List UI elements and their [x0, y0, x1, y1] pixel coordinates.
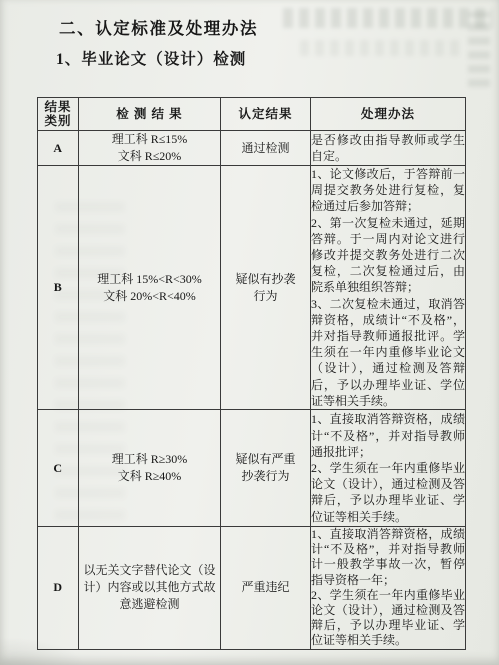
cell-determination-a: 通过检测 — [221, 131, 311, 166]
handling-paragraph: 1、论文修改后，于答辩前一周提交教务处进行复检，复检通过后参加答辩； — [311, 166, 465, 215]
scanned-document-page: 二、认定标准及处理办法 1、毕业论文（设计）检测 结果类别 检 测 结 果 认定… — [0, 0, 499, 665]
determination-line: 疑似有抄袭 — [221, 271, 310, 288]
scan-bleed-artifact — [468, 12, 490, 87]
handling-paragraph: 是否修改由指导教师或学生自定。 — [311, 132, 465, 164]
handling-paragraph: 1、直接取消答辩资格，成绩计“不及格”，并对指导教师计一般教学事故一次，暂停指导… — [311, 527, 465, 588]
detection-line: 文科 20%<R<40% — [79, 288, 220, 305]
determination-line: 行为 — [221, 288, 310, 305]
cell-handling-b: 1、论文修改后，于答辩前一周提交教务处进行复检，复检通过后参加答辩； 2、第一次… — [311, 166, 466, 410]
detection-line: 文科 R≤20% — [79, 148, 220, 165]
table-row-c: C 理工科 R≥30% 文科 R≥40% 疑似有严重 抄袭行为 1、直接取消答辩… — [38, 410, 466, 527]
cell-handling-d: 1、直接取消答辩资格，成绩计“不及格”，并对指导教师计一般教学事故一次，暂停指导… — [311, 527, 466, 650]
cell-handling-a: 是否修改由指导教师或学生自定。 — [311, 131, 466, 166]
table-row-b: B 理工科 15%<R<30% 文科 20%<R<40% 疑似有抄袭 行为 1、… — [38, 166, 466, 410]
detection-line: 以无关文字替代论文（设计）内容或以其他方式故意逃避检测 — [79, 562, 220, 613]
col-header-detection-result: 检 测 结 果 — [79, 98, 221, 131]
table-row-a: A 理工科 R≤15% 文科 R≤20% 通过检测 是否修改由指导教师或学生自定… — [38, 131, 466, 166]
table-header-row: 结果类别 检 测 结 果 认定结果 处理办法 — [38, 98, 466, 131]
scan-bleed-artifact — [283, 8, 493, 28]
cell-category-b: B — [38, 166, 79, 410]
determination-line: 抄袭行为 — [221, 468, 310, 485]
cell-detection-a: 理工科 R≤15% 文科 R≤20% — [79, 131, 221, 166]
handling-paragraph: 2、学生须在一年内重修毕业论文（设计），通过检测及答辩后，予以办理毕业证、学位证… — [311, 588, 465, 649]
determination-line: 疑似有严重 — [221, 451, 310, 468]
scan-bleed-artifact — [300, 40, 465, 56]
handling-paragraph: 2、学生须在一年内重修毕业论文（设计），通过检测及答辩后，予以办理毕业证、学位证… — [311, 460, 465, 525]
table-row-d: D 以无关文字替代论文（设计）内容或以其他方式故意逃避检测 严重违纪 1、直接取… — [38, 527, 466, 650]
section-heading: 二、认定标准及处理办法 — [59, 15, 258, 39]
cell-determination-c: 疑似有严重 抄袭行为 — [221, 410, 311, 527]
col-header-determination-result: 认定结果 — [221, 98, 311, 131]
detection-line: 理工科 R≥30% — [79, 451, 220, 468]
detection-line: 理工科 15%<R<30% — [79, 271, 220, 288]
cell-determination-d: 严重违纪 — [221, 527, 311, 650]
detection-line: 理工科 R≤15% — [79, 131, 220, 148]
determination-line: 严重违纪 — [221, 579, 310, 596]
col-header-result-category: 结果类别 — [38, 98, 79, 131]
cell-handling-c: 1、直接取消答辩资格，成绩计“不及格”，并对指导教师通报批评； 2、学生须在一年… — [311, 410, 466, 527]
cell-category-a: A — [38, 131, 79, 166]
col-header-handling-method: 处理办法 — [311, 98, 466, 131]
cell-detection-d: 以无关文字替代论文（设计）内容或以其他方式故意逃避检测 — [79, 527, 221, 650]
cell-category-c: C — [38, 410, 79, 527]
cell-determination-b: 疑似有抄袭 行为 — [221, 166, 311, 410]
handling-paragraph: 2、第一次复检未通过，延期答辩。于一周内对论文进行修改并提交教务处进行二次复检，… — [311, 215, 465, 296]
detection-line: 文科 R≥40% — [79, 468, 220, 485]
handling-paragraph: 3、二次复检未通过，取消答辩资格，成绩计“不及格”，并对指导教师通报批评。学生须… — [311, 296, 465, 409]
cell-detection-c: 理工科 R≥30% 文科 R≥40% — [79, 410, 221, 527]
cell-category-d: D — [38, 527, 79, 650]
detection-standards-table: 结果类别 检 测 结 果 认定结果 处理办法 A 理工科 R≤15% 文科 R≤… — [37, 97, 466, 650]
cell-detection-b: 理工科 15%<R<30% 文科 20%<R<40% — [79, 166, 221, 410]
determination-line: 通过检测 — [221, 140, 310, 157]
handling-paragraph: 1、直接取消答辩资格，成绩计“不及格”，并对指导教师通报批评； — [311, 411, 465, 460]
sub-heading: 1、毕业论文（设计）检测 — [56, 47, 246, 69]
